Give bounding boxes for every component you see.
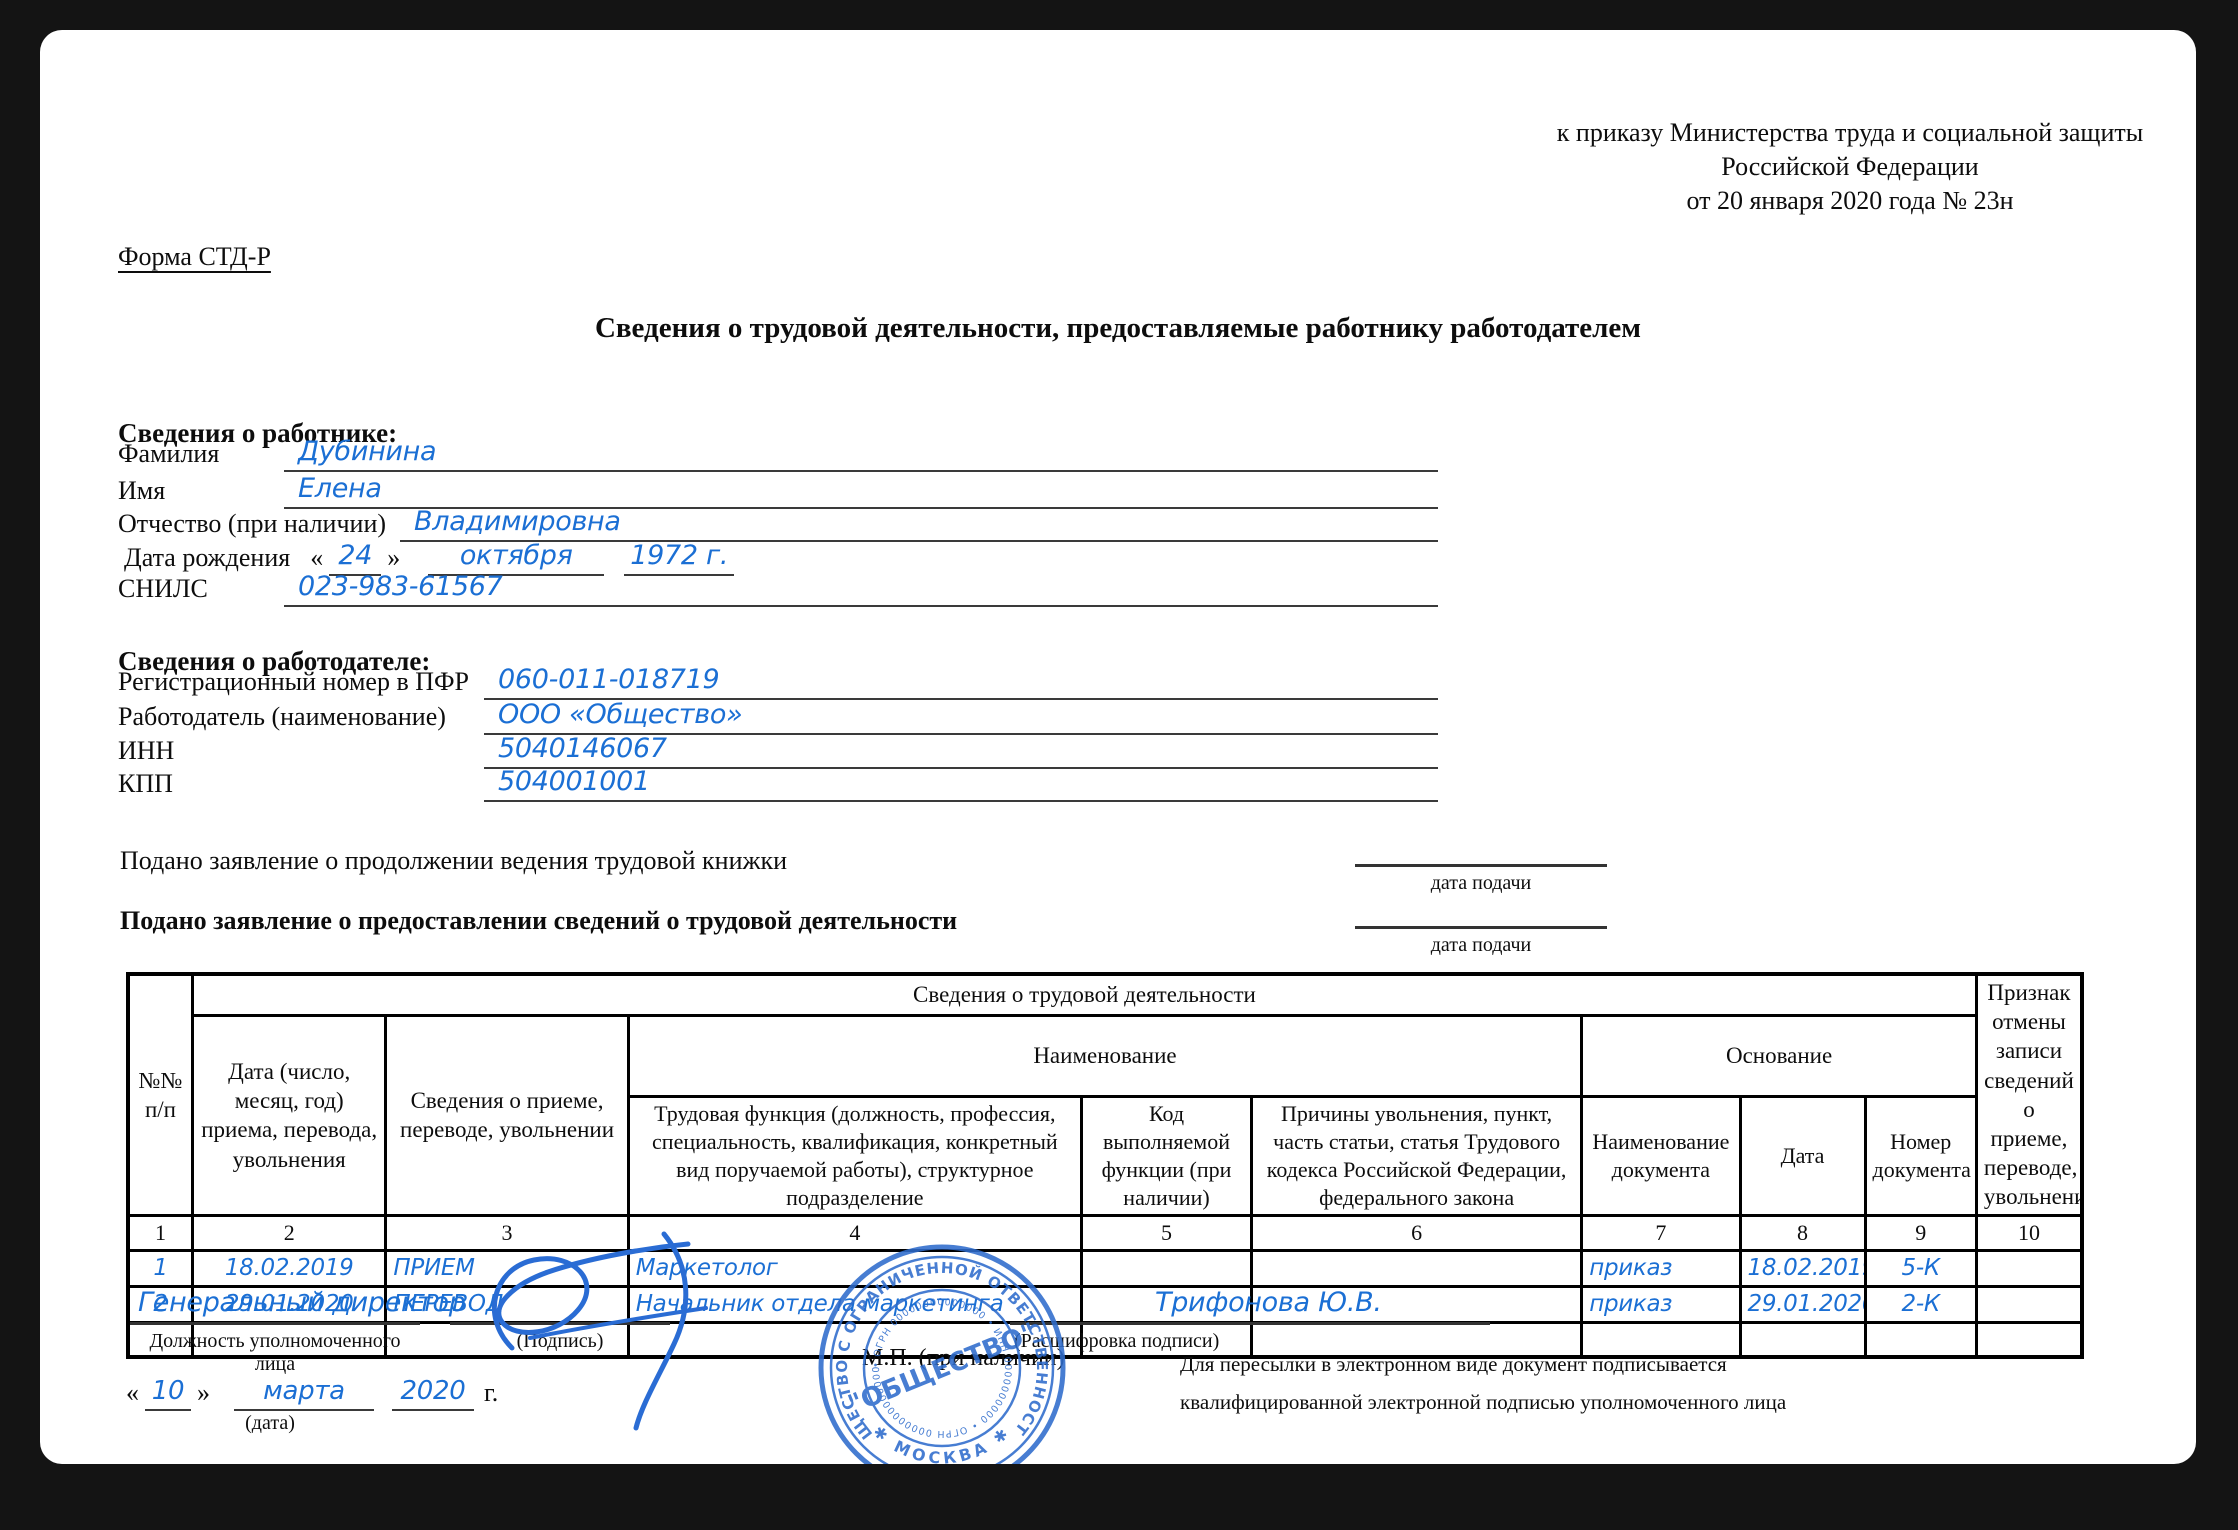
- colnum-9: 9: [1865, 1215, 1976, 1250]
- employer-name-label: Работодатель (наименование): [118, 702, 484, 735]
- colnum-1: 1: [128, 1215, 192, 1250]
- pfr-field[interactable]: 060-011-018719: [484, 666, 1438, 700]
- document-title: Сведения о трудовой деятельности, предос…: [40, 312, 2196, 345]
- order-reference-line3: от 20 января 2020 года № 23н: [1520, 184, 2180, 218]
- surname-field[interactable]: Дубинина: [284, 438, 1438, 472]
- row2-doc-date[interactable]: 29.01.2020: [1740, 1286, 1865, 1322]
- field-row-employer-name: Работодатель (наименование) ООО «Обществ…: [118, 701, 1438, 735]
- header-col-doc-num: Номер документа: [1865, 1096, 1976, 1215]
- signature-line: [450, 1288, 670, 1325]
- date-year-field[interactable]: 2020: [392, 1378, 474, 1411]
- table-row: 1 18.02.2019 ПРИЕМ Маркетолог приказ 18.…: [128, 1250, 2082, 1286]
- birth-year-field[interactable]: 1972 г.: [624, 542, 734, 576]
- row3-doc-num: [1865, 1322, 1976, 1357]
- header-col-cancel: Признак отмены записи сведений о приеме,…: [1976, 974, 2082, 1215]
- screenshot-canvas: к приказу Министерства труда и социально…: [0, 0, 2238, 1530]
- row1-reasons: [1252, 1250, 1582, 1286]
- company-stamp: ОБЩЕСТВО С ОГРАНИЧЕННОЙ ОТВЕТСТВЕННОСТЬЮ…: [812, 1238, 1072, 1464]
- header-group-name: Наименование: [628, 1016, 1582, 1097]
- snils-label: СНИЛС: [118, 574, 284, 607]
- row1-info[interactable]: ПРИЕМ: [386, 1250, 628, 1286]
- form-code: Форма СТД-Р: [118, 242, 271, 272]
- row2-doc-name[interactable]: приказ: [1582, 1286, 1740, 1322]
- header-col-function: Трудовая функция (должность, профессия, …: [628, 1096, 1081, 1215]
- date-suffix: г.: [484, 1378, 498, 1411]
- header-col-date: Дата (число, месяц, год) приема, перевод…: [192, 1016, 385, 1216]
- header-col-info: Сведения о приеме, переводе, увольнении: [386, 1016, 628, 1216]
- header-top: Сведения о трудовой деятельности: [192, 974, 1976, 1016]
- statement-workbook-date-caption: дата подачи: [1355, 872, 1607, 895]
- field-row-patronymic: Отчество (при наличии) Владимировна: [118, 508, 1438, 542]
- name-caption: (Расшифровка подписи): [1010, 1330, 1494, 1353]
- field-row-snils: СНИЛС 023-983-61567: [118, 573, 1438, 607]
- row1-no[interactable]: 1: [128, 1250, 192, 1286]
- row1-cancel: [1976, 1250, 2082, 1286]
- row3-doc-date: [1740, 1322, 1865, 1357]
- row1-date[interactable]: 18.02.2019: [192, 1250, 385, 1286]
- header-col-no: №№ п/п: [128, 974, 192, 1215]
- row1-doc-date[interactable]: 18.02.2019: [1740, 1250, 1865, 1286]
- row1-code: [1082, 1250, 1252, 1286]
- pfr-label: Регистрационный номер в ПФР: [118, 667, 484, 700]
- document-page: к приказу Министерства труда и социально…: [40, 30, 2196, 1464]
- signing-date-row: « 10 » марта 2020 г.: [120, 1378, 498, 1411]
- snils-field[interactable]: 023-983-61567: [284, 573, 1438, 607]
- name-line: Трифонова Ю.В.: [1010, 1288, 1490, 1325]
- colnum-6: 6: [1252, 1215, 1582, 1250]
- kpp-label: КПП: [118, 769, 484, 802]
- row3-cancel: [1976, 1322, 2082, 1357]
- field-row-kpp: КПП 504001001: [118, 768, 1438, 802]
- field-row-name: Имя Елена: [118, 475, 1438, 509]
- header-col-doc-date: Дата: [1740, 1096, 1865, 1215]
- column-number-row: 1 2 3 4 5 6 7 8 9 10: [128, 1215, 2082, 1250]
- name-field[interactable]: Елена: [284, 475, 1438, 509]
- field-row-surname: Фамилия Дубинина: [118, 438, 1438, 472]
- colnum-8: 8: [1740, 1215, 1865, 1250]
- statement-electronic: Подано заявление о предоставлении сведен…: [120, 906, 957, 936]
- row2-cancel: [1976, 1286, 2082, 1322]
- date-close-quote: »: [191, 1378, 216, 1411]
- statement-workbook: Подано заявление о продолжении ведения т…: [120, 846, 787, 876]
- colnum-10: 10: [1976, 1215, 2082, 1250]
- header-col-code: Код выполняемой функции (при наличии): [1082, 1096, 1252, 1215]
- position-field[interactable]: Генеральный директор: [138, 1287, 466, 1318]
- date-month-field[interactable]: марта: [234, 1378, 374, 1411]
- row2-doc-num[interactable]: 2-К: [1865, 1286, 1976, 1322]
- position-caption: Должность уполномоченного лица: [130, 1330, 420, 1376]
- header-group-basis: Основание: [1582, 1016, 1977, 1097]
- row1-doc-name[interactable]: приказ: [1582, 1250, 1740, 1286]
- patronymic-field[interactable]: Владимировна: [400, 508, 1438, 542]
- row1-doc-num[interactable]: 5-К: [1865, 1250, 1976, 1286]
- inn-label: ИНН: [118, 736, 484, 769]
- esign-note-line1: Для пересылки в электронном виде докумен…: [1180, 1352, 1727, 1377]
- surname-label: Фамилия: [118, 439, 284, 472]
- position-line: Генеральный директор: [130, 1288, 420, 1325]
- date-day-field[interactable]: 10: [145, 1378, 191, 1411]
- header-col-reasons: Причины увольнения, пункт, часть статьи,…: [1252, 1096, 1582, 1215]
- esign-note-line2: квалифицированной электронной подписью у…: [1180, 1390, 1786, 1415]
- statement-workbook-date-line[interactable]: [1355, 832, 1607, 867]
- name-label: Имя: [118, 476, 284, 509]
- employer-name-field[interactable]: ООО «Общество»: [484, 701, 1438, 735]
- order-reference: к приказу Министерства труда и социально…: [1520, 116, 2180, 218]
- colnum-2: 2: [192, 1215, 385, 1250]
- order-reference-line1: к приказу Министерства труда и социально…: [1520, 116, 2180, 150]
- statement-electronic-date-caption: дата подачи: [1355, 934, 1607, 957]
- statement-electronic-date-line[interactable]: [1355, 894, 1607, 929]
- date-caption: (дата): [200, 1412, 340, 1435]
- inn-field[interactable]: 5040146067: [484, 735, 1438, 769]
- date-open-quote: «: [120, 1378, 145, 1411]
- kpp-field[interactable]: 504001001: [484, 768, 1438, 802]
- header-col-doc-name: Наименование документа: [1582, 1096, 1740, 1215]
- birthdate-label: Дата рождения: [124, 543, 304, 576]
- signature-caption: (Подпись): [450, 1330, 670, 1353]
- patronymic-label: Отчество (при наличии): [118, 509, 400, 542]
- signer-name-field[interactable]: Трифонова Ю.В.: [1155, 1287, 1382, 1318]
- order-reference-line2: Российской Федерации: [1520, 150, 2180, 184]
- colnum-3: 3: [386, 1215, 628, 1250]
- field-row-pfr: Регистрационный номер в ПФР 060-011-0187…: [118, 666, 1438, 700]
- field-row-inn: ИНН 5040146067: [118, 735, 1438, 769]
- colnum-7: 7: [1582, 1215, 1740, 1250]
- colnum-5: 5: [1082, 1215, 1252, 1250]
